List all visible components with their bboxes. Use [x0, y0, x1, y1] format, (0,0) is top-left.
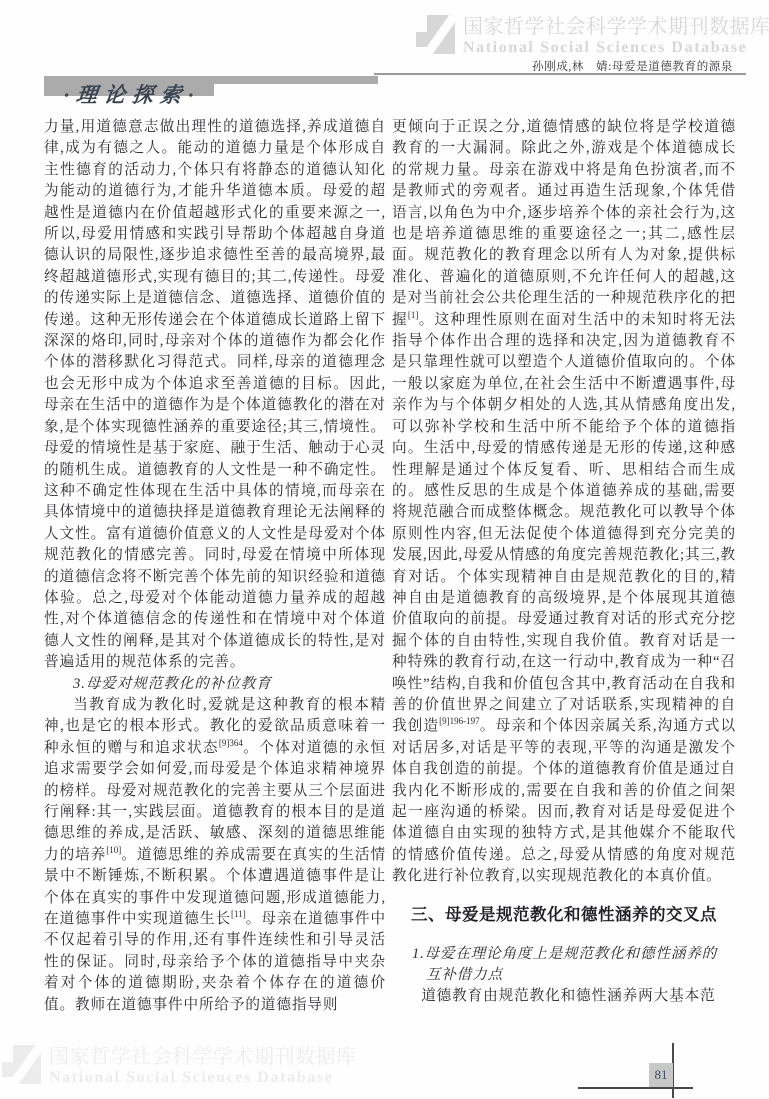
- subsection-heading-line1: 1.母爱在理论角度上是规范教化和德性涵养的: [392, 944, 736, 965]
- watermark-top: 国家哲学社会科学学术期刊数据库 National Social Sciences…: [416, 15, 769, 57]
- subsection-heading-italic: 1.母爱在理论角度上是规范教化和德性涵养的 互补借力点: [392, 944, 736, 987]
- watermark-en-text: National Social Sciences Database: [49, 1069, 357, 1087]
- section-banner-band-thin: [214, 76, 378, 84]
- crop-mark-hline: [578, 1087, 693, 1089]
- watermark-text: 国家哲学社会科学学术期刊数据库 National Social Sciences…: [49, 1045, 357, 1087]
- column-right: 更倾向于正误之分,道德情感的缺位将是学校道德教育的一大漏洞。除此之外,游戏是个体…: [392, 117, 736, 1008]
- watermark-text: 国家哲学社会科学学术期刊数据库 National Social Sciences…: [463, 15, 769, 57]
- watermark-cn-text: 国家哲学社会科学学术期刊数据库: [49, 1045, 357, 1069]
- nssd-logo-icon: [416, 15, 456, 56]
- column-left: 力量,用道德意志做出理性的道德选择,养成道德自律,成为有德之人。能动的道德力量是…: [44, 117, 386, 1016]
- section-banner: ·理论探索·: [62, 79, 202, 109]
- nssd-logo-icon: [2, 1045, 42, 1086]
- header-rule: [374, 73, 746, 75]
- subsection-heading-line2: 互补借力点: [392, 965, 736, 986]
- paragraph: 道德教育由规范教化和德性涵养两大基本范: [392, 986, 736, 1007]
- paragraph-continuation: 力量,用道德意志做出理性的道德选择,养成道德自律,成为有德之人。能动的道德力量是…: [44, 117, 386, 674]
- page: 国家哲学社会科学学术期刊数据库 National Social Sciences…: [0, 0, 769, 1099]
- section-heading: 三、母爱是规范教化和德性涵养的交叉点: [392, 903, 736, 927]
- subsection-heading-italic: 3.母爱对规范教化的补位教育: [44, 674, 386, 695]
- page-number-box: 81: [649, 1063, 673, 1087]
- paragraph: 当教育成为教化时,爱就是这种教育的根本精神,也是它的根本形式。教化的爱欲品质意味…: [44, 695, 386, 1016]
- watermark-cn-text: 国家哲学社会科学学术期刊数据库: [463, 15, 769, 39]
- page-number: 81: [655, 1067, 668, 1083]
- paragraph-continuation: 更倾向于正误之分,道德情感的缺位将是学校道德教育的一大漏洞。除此之外,游戏是个体…: [392, 117, 736, 888]
- watermark-en-text: National Social Sciences Database: [463, 39, 769, 57]
- watermark-bottom: 国家哲学社会科学学术期刊数据库 National Social Sciences…: [2, 1045, 357, 1087]
- running-header: 孙刚成,林 婧:母爱是道德教育的源泉: [532, 58, 733, 74]
